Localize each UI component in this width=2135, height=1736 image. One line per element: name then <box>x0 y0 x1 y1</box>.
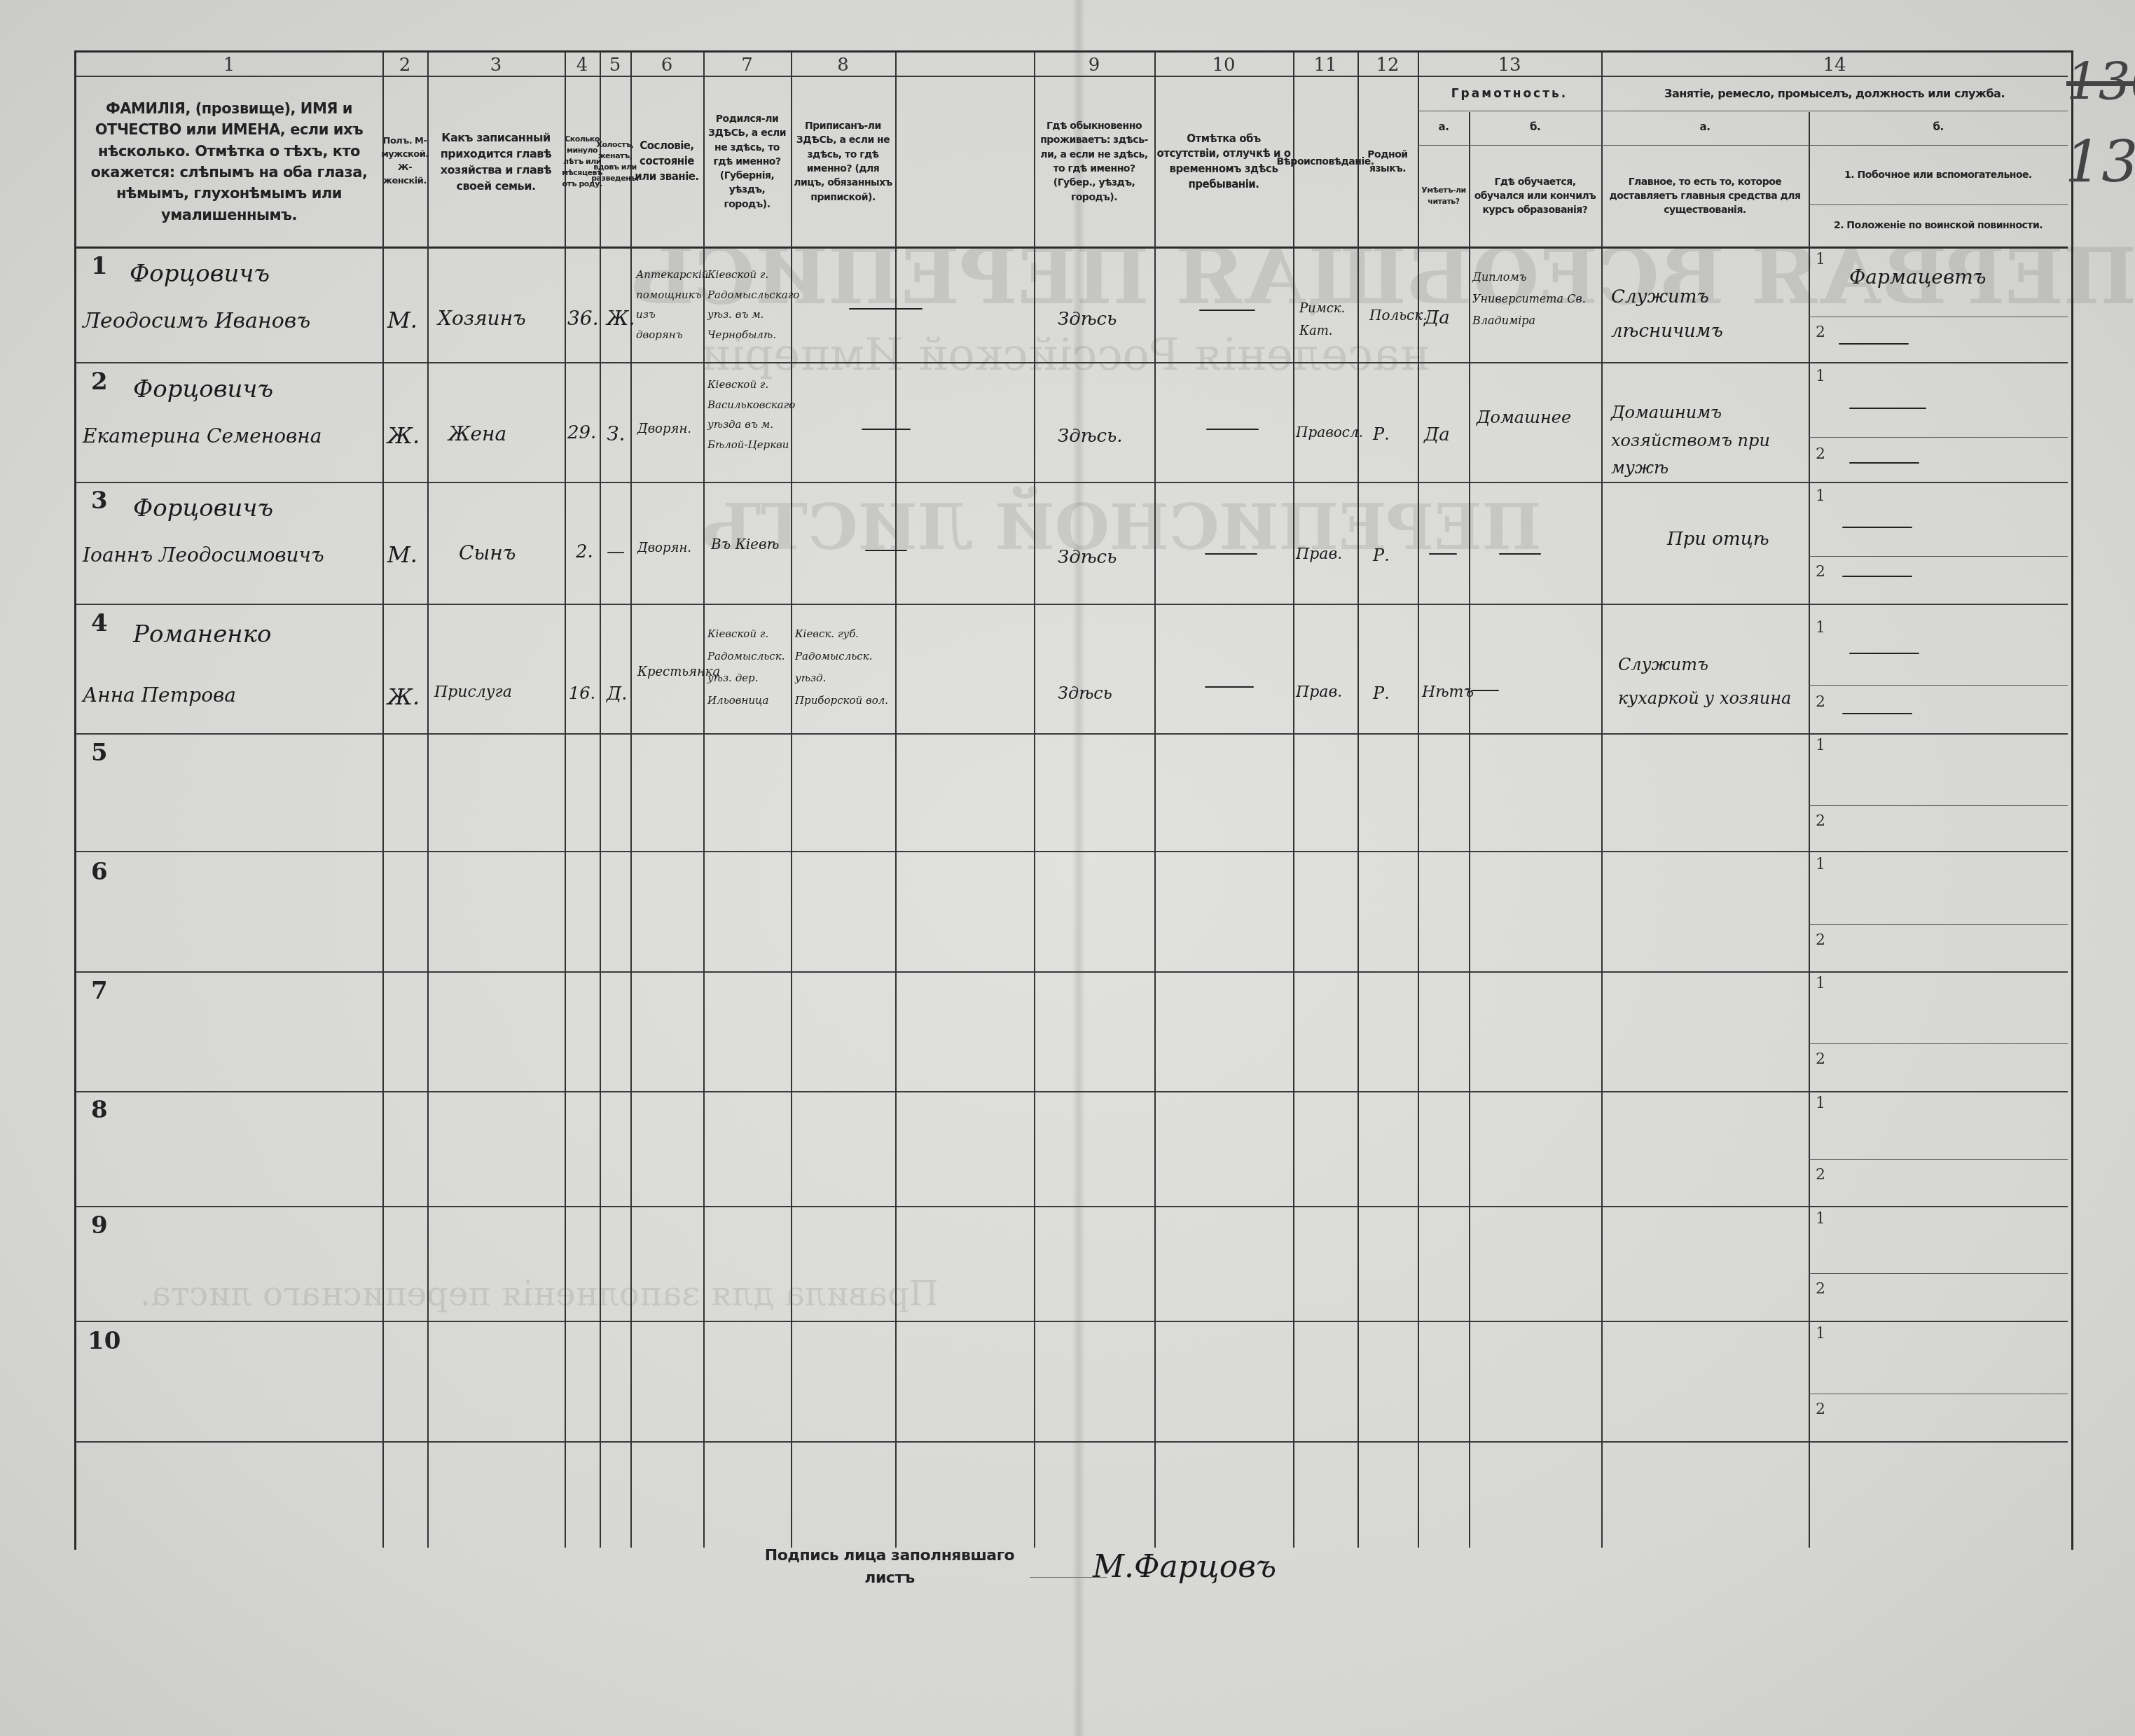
col-line <box>565 53 566 1548</box>
registered-dash <box>849 308 923 310</box>
absence-dash <box>1199 310 1255 311</box>
folio-number: 131 <box>2065 130 2135 196</box>
row-number: 5 <box>91 739 108 767</box>
residence: Здѣсь <box>1058 546 1117 569</box>
header-occupation-b-label: б. <box>1810 112 2066 143</box>
subheader-line <box>1601 111 2068 111</box>
given-names: Анна Петрова <box>83 683 236 707</box>
col-line <box>1418 53 1419 1548</box>
col-line <box>1601 53 1603 1548</box>
signature-line <box>1030 1577 1107 1578</box>
language: Р. <box>1373 545 1390 566</box>
religion: Прав. <box>1296 545 1342 564</box>
col-line <box>600 53 601 1548</box>
given-names: Леодосимъ Ивановъ <box>83 308 310 335</box>
header-registered: Приписанъ-ли ЗДѢСЬ, а если не здѣсь, то … <box>792 78 894 245</box>
sub-number: 2 <box>1816 1280 1825 1298</box>
row-number: 2 <box>91 368 108 396</box>
colnum-11: 11 <box>1293 55 1357 76</box>
marital: Д. <box>607 683 627 706</box>
education: Дипломъ Университета Св. Владиміра <box>1472 266 1598 332</box>
sub-number: 2 <box>1816 1050 1825 1068</box>
subrow-line <box>1809 1159 2068 1160</box>
colnum-8: 8 <box>791 55 895 76</box>
subheader-line <box>1601 145 2068 146</box>
header-name: ФАМИЛІЯ, (прозвище), ИМЯ и ОТЧЕСТВО или … <box>78 78 380 245</box>
colnum-12: 12 <box>1357 55 1418 76</box>
given-names: Екатерина Семеновна <box>83 424 322 448</box>
can-read: Да <box>1424 307 1450 330</box>
header-occupation: Занятіе, ремесло, промыселъ, должность и… <box>1603 78 2066 109</box>
relation: Прислуга <box>434 683 512 702</box>
subrow-line <box>1809 317 2068 317</box>
subrow-line <box>1809 805 2068 806</box>
language: Р. <box>1373 683 1390 704</box>
religion: Римск. Кат. <box>1299 298 1355 343</box>
sub-number: 2 <box>1816 324 1825 341</box>
colnum-14: 14 <box>1601 55 2068 76</box>
estate: Аптекарскій помощникъ изъ дворянъ <box>636 265 702 345</box>
sub-number: 2 <box>1816 693 1825 711</box>
birthplace: Кіевской г. Васильковскаго уѣзда въ м. Б… <box>707 375 790 454</box>
registered-dash <box>862 429 911 430</box>
header-can-read: Умѣетъ-ли читать? <box>1419 147 1468 245</box>
occupation-side: Фармацевтъ <box>1849 265 1986 289</box>
sub-number: 1 <box>1816 487 1825 505</box>
sub-number: 1 <box>1816 368 1825 385</box>
header-religion: Вѣроисповѣданіе. <box>1294 78 1356 245</box>
age: 2. <box>576 541 593 564</box>
header-absence: Отмѣтка объ отсутствіи, отлучкѣ и о врем… <box>1156 78 1292 245</box>
sex: Ж. <box>387 683 420 711</box>
header-residence: Гдѣ обыкновенно проживаетъ: здѣсь-ли, а … <box>1035 78 1153 245</box>
education-dash <box>1471 690 1499 691</box>
subheader-line <box>1418 111 1601 111</box>
surname: Форцовичъ <box>130 259 270 289</box>
header-literacy-b-label: б. <box>1470 112 1600 143</box>
birthplace: Кіевской г. Радомысльск. уѣз. дер. Ильов… <box>707 623 790 711</box>
religion: Правосл. <box>1296 424 1363 441</box>
registered: Кіевск. губ. Радомысльск. уѣзд. Приборск… <box>795 623 893 711</box>
can-read-dash <box>1429 553 1457 555</box>
education: Домашнее <box>1477 403 1596 433</box>
marital: — <box>607 541 625 564</box>
header-occupation-a-label: а. <box>1603 112 1807 143</box>
relation: Сынъ <box>459 541 516 565</box>
row-number: 1 <box>91 252 108 280</box>
sub-number: 1 <box>1816 975 1825 992</box>
occupation-side-dash <box>1842 527 1912 528</box>
age: 16. <box>569 683 595 704</box>
colnum-7: 7 <box>703 55 791 76</box>
header-education: Гдѣ обучается, обучался или кончилъ курс… <box>1470 147 1600 245</box>
absence-dash <box>1205 553 1257 555</box>
surname: Форцовичъ <box>133 375 273 405</box>
sub-number: 2 <box>1816 931 1825 949</box>
row-number: 8 <box>91 1096 108 1124</box>
surname: Романенко <box>133 620 272 650</box>
header-divider <box>76 246 2068 249</box>
row-divider <box>76 1321 2068 1322</box>
row-number: 3 <box>91 487 108 515</box>
folio-struck: 130 <box>2066 53 2135 111</box>
military-dash <box>1842 713 1912 714</box>
header-language: Родной языкъ. <box>1359 78 1416 245</box>
header-military: 2. Положеніе по воинской повинности. <box>1810 206 2066 245</box>
sub-number: 1 <box>1816 1325 1825 1342</box>
header-literacy: Грамотность. <box>1419 78 1600 109</box>
col-line <box>427 53 429 1548</box>
row-number: 6 <box>91 858 108 886</box>
row-number: 10 <box>88 1327 120 1355</box>
row-divider <box>76 604 2068 605</box>
row-divider <box>76 1091 2068 1092</box>
header-relation: Какъ записанный приходится главѣ хозяйст… <box>429 78 563 245</box>
age: 29. <box>567 422 596 445</box>
subheader-line <box>1418 145 1601 146</box>
birthplace: Кіевской г. Радомысльскаго уѣз. въ м. Че… <box>707 265 790 345</box>
row-divider <box>76 1441 2068 1443</box>
relation: Жена <box>448 422 506 446</box>
colnum-6: 6 <box>630 55 703 76</box>
colnum-1: 1 <box>76 55 382 76</box>
sub-number: 2 <box>1816 1401 1825 1418</box>
subrow-line <box>1809 1394 2068 1394</box>
marital: Ж. <box>607 306 635 331</box>
estate: Крестьянка <box>637 658 702 686</box>
sex: М. <box>387 306 417 334</box>
military-dash <box>1849 462 1919 464</box>
col-line <box>1154 53 1156 1548</box>
col-line <box>630 53 632 1548</box>
col-line <box>895 53 897 1548</box>
given-names: Іоаннъ Леодосимовичъ <box>83 543 324 567</box>
occupation-main: При отцѣ <box>1667 522 1772 557</box>
absence-dash <box>1206 429 1259 430</box>
estate: Дворян. <box>637 422 691 438</box>
sex: М. <box>387 541 417 569</box>
sub-number: 1 <box>1816 737 1825 754</box>
sub-number: 1 <box>1816 1210 1825 1228</box>
colnum-13: 13 <box>1418 55 1601 76</box>
sub-number: 2 <box>1816 445 1825 463</box>
sub-number: 1 <box>1816 1095 1825 1112</box>
marital: З. <box>607 422 625 446</box>
colnum-2: 2 <box>382 55 427 76</box>
col-line <box>1034 53 1035 1548</box>
sub-number: 2 <box>1816 563 1825 581</box>
header-marital: Холостъ, женатъ, вдовъ или разведенъ. <box>600 78 630 245</box>
colnum-5: 5 <box>600 55 630 76</box>
birthplace: Въ Кіевѣ <box>711 536 779 553</box>
occupation-main: Домашнимъ хозяйствомъ при мужѣ <box>1611 399 1804 482</box>
occupation-side-dash <box>1849 653 1919 654</box>
colnum-3: 3 <box>427 55 565 76</box>
can-read: Нѣтъ <box>1422 683 1474 702</box>
col-line <box>1357 53 1359 1548</box>
subrow-line <box>1809 437 2068 438</box>
col-line <box>1469 112 1470 1548</box>
subrow-line <box>1809 924 2068 925</box>
sub-number: 1 <box>1816 619 1825 637</box>
row-divider <box>76 1206 2068 1207</box>
row-number: 7 <box>91 977 108 1005</box>
row-divider <box>76 971 2068 973</box>
header-birthplace: Родился-ли ЗДѢСЬ, а если не здѣсь, то гд… <box>705 78 789 245</box>
occupation-main: Служитъ кухаркой у хозяина <box>1618 648 1793 715</box>
subheader-line <box>1809 204 2068 205</box>
signature: М.Фарцовъ <box>1093 1548 1276 1586</box>
language: Польск. <box>1369 307 1428 324</box>
registered-dash <box>865 550 907 551</box>
sex: Ж. <box>387 422 420 450</box>
military-dash <box>1842 576 1912 577</box>
language: Р. <box>1373 424 1390 445</box>
col-line <box>1809 112 1810 1548</box>
subrow-line <box>1809 1273 2068 1274</box>
residence: Здѣсь <box>1058 683 1112 704</box>
subrow-line <box>1809 685 2068 686</box>
header-estate: Сословіе, состояніе или званіе. <box>632 78 702 245</box>
colnum-10: 10 <box>1154 55 1293 76</box>
residence: Здѣсь <box>1058 308 1117 331</box>
row-divider <box>76 733 2068 735</box>
col-line <box>1293 53 1294 1548</box>
subrow-line <box>1809 556 2068 557</box>
row-number: 4 <box>91 609 108 637</box>
col-line <box>791 53 792 1548</box>
sub-number: 1 <box>1816 856 1825 873</box>
relation: Хозяинъ <box>438 306 526 331</box>
age: 36. <box>567 306 599 331</box>
residence: Здѣсь. <box>1058 425 1123 448</box>
estate: Дворян. <box>637 541 691 557</box>
header-occupation-main: Главное, то есть то, которое доставляетъ… <box>1603 147 1807 245</box>
sub-number: 2 <box>1816 1166 1825 1183</box>
sub-number: 2 <box>1816 812 1825 830</box>
occupation-main: Служитъ лѣсничимъ <box>1611 280 1800 349</box>
col-line <box>382 53 384 1548</box>
row-number: 9 <box>91 1211 108 1239</box>
header-sex: Полъ. М-мужской. Ж-женскій. <box>384 78 426 245</box>
subrow-line <box>1809 1043 2068 1044</box>
header-occupation-side: 1. Побочное или вспомогательное. <box>1810 147 2066 203</box>
header-literacy-a-label: а. <box>1419 112 1468 143</box>
can-read: Да <box>1424 424 1450 447</box>
row-divider <box>76 362 2068 363</box>
colnum-4: 4 <box>565 55 600 76</box>
colnum-divider <box>76 76 2068 77</box>
table-frame <box>74 50 2073 1550</box>
occupation-side-dash <box>1849 408 1926 409</box>
absence-dash <box>1205 686 1254 688</box>
sub-number: 1 <box>1816 251 1825 268</box>
row-divider <box>76 851 2068 852</box>
signature-label: Подпись лица заполнявшаго листъ <box>742 1553 1037 1581</box>
military-dash <box>1839 343 1909 345</box>
religion: Прав. <box>1296 683 1342 702</box>
surname: Форцовичъ <box>133 494 273 524</box>
colnum-9: 9 <box>1034 55 1154 76</box>
education-dash <box>1499 553 1541 555</box>
